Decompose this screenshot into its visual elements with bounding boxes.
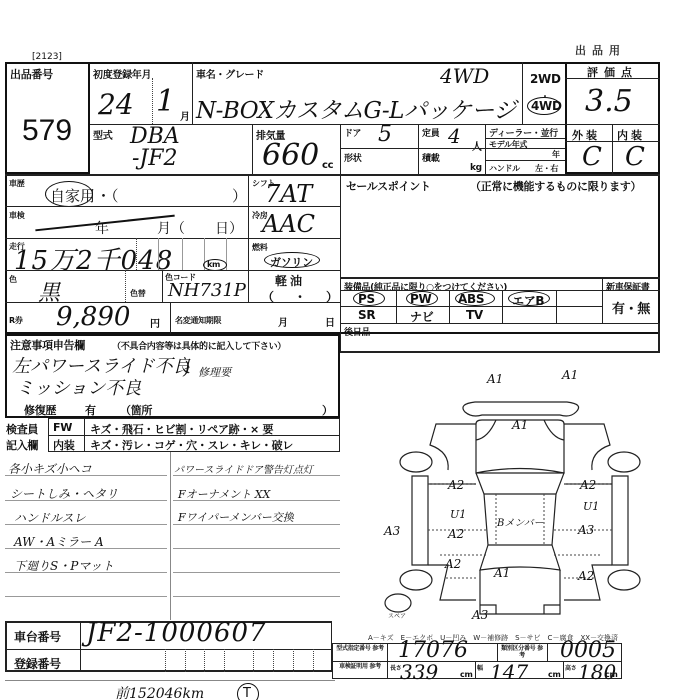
history-value: 自家用 (50, 185, 95, 206)
length-unit: cm (460, 670, 472, 679)
notes-label: 注意事項申告欄 (10, 337, 85, 353)
history-paren-open: ・（ (96, 185, 119, 206)
mileage-unit: km (207, 260, 220, 269)
length-value: 339 (400, 660, 438, 684)
damage-mark: A2 (448, 478, 464, 492)
inspection-label: 車検 (9, 210, 24, 221)
first-registration-month-unit: 月 (180, 108, 190, 123)
model-value-line2: -JF2 (132, 146, 178, 171)
type-designation-label: 型式指定番号 参考 (334, 645, 386, 652)
fuel-option-gasoline: ガソリン (270, 254, 313, 270)
first-registration-label: 初度登録年月 (93, 66, 151, 81)
damage-mark: Bメンバー (497, 514, 544, 529)
notice-month-unit: 月 (278, 314, 288, 329)
mileage-value: 15万2千048 (14, 240, 173, 277)
car-damage-diagram (340, 355, 700, 615)
repair-history-value: 有 (85, 402, 96, 418)
inspector-note-right-3: Fワイパーメンバー交換 (178, 509, 294, 525)
width-unit: cm (548, 670, 560, 679)
width-value: 147 (490, 660, 528, 684)
damage-mark: A1 (487, 372, 503, 386)
inspector-fw-label: FW (53, 421, 72, 434)
color-label: 色 (9, 274, 17, 285)
damage-mark: A2 (448, 527, 464, 541)
sheet-ref-code: [2123] (32, 52, 62, 62)
inspector-note-left-3: ハンドルスレ (14, 509, 86, 526)
recycle-label: R券 (9, 315, 23, 326)
displacement-unit: cc (322, 160, 333, 171)
score-value: 3.5 (585, 84, 633, 119)
footer-previous-mileage: 前152046km (115, 683, 204, 700)
aircon-value: AAC (262, 210, 315, 238)
chassis-value: JF2-1000607 (86, 618, 267, 648)
drive-option-4wd: 4WD (531, 99, 562, 113)
registration-label: 登録番号 (14, 655, 61, 672)
inspector-interior-label: 内装 (53, 437, 74, 453)
vehicle-name-value: N-BOXカスタムG-Lパッケージ (196, 92, 516, 125)
repair-location-close: ） (322, 402, 333, 418)
damage-mark: A3 (578, 523, 594, 537)
equipment-airbag: エアB (512, 292, 544, 309)
inspector-note-right-1: パワースライドドア警告灯点灯 (174, 461, 313, 476)
drive-option-2wd: 2WD (530, 72, 561, 86)
model-year-unit: 年 (552, 149, 560, 160)
name-change-notice-label: 名変通知期限 (175, 315, 221, 326)
damage-mark: A2 (578, 569, 594, 583)
fuel-option-diesel: 軽油 (275, 272, 305, 289)
equipment-tv: TV (466, 308, 483, 322)
notes-bracket-note: 修理要 (198, 364, 231, 380)
damage-mark: A3 (472, 608, 488, 622)
inspector-note-left-5: 下廻りS・Pマット (14, 557, 114, 574)
inspector-label2: 記入欄 (6, 437, 38, 453)
displacement-value: 660 (262, 138, 319, 173)
damage-mark: A2 (445, 557, 461, 571)
notice-day-unit: 日 (325, 314, 335, 329)
spare-label: スペア (388, 611, 406, 620)
inspector-note-right-2: Fオーナメント XX (178, 486, 270, 502)
vehicle-name-label: 車名・グレード (196, 66, 264, 81)
inspection-month-unit: 月（ (157, 218, 185, 238)
inspector-interior-items: キズ・汚レ・コゲ・穴・スレ・キレ・破レ (90, 437, 293, 453)
equipment-abs: ABS (458, 292, 484, 306)
fuel-other: （ ・ ） (262, 288, 342, 305)
repair-history-label: 修復歴 (24, 402, 56, 418)
notes-label-note: （不具合内容等は具体的に記入して下さい） (112, 339, 286, 352)
recycle-unit: 円 (150, 315, 160, 330)
doors-value: 5 (378, 122, 392, 147)
notes-line2: ミッション不良 (16, 374, 141, 400)
repaint-label: 色替 (130, 288, 145, 299)
first-registration-month: 1 (156, 84, 175, 119)
dimensions-label: 車検証明用 参考 (334, 663, 386, 670)
model-label: 型式 (93, 127, 112, 142)
color-code-value: NH731P (168, 280, 246, 301)
sales-point-label: セールスポイント (346, 178, 431, 194)
chassis-label: 車台番号 (14, 628, 61, 645)
damage-mark: A1 (494, 566, 510, 580)
damage-mark: U1 (450, 508, 466, 521)
inspector-note-left-4: AW・Aミラー A (14, 533, 104, 550)
history-label: 車歴 (9, 178, 24, 189)
equipment-ps: PS (358, 292, 375, 306)
repair-location: （箇所 (120, 402, 152, 418)
warranty-label: 新車保証書 (606, 280, 650, 293)
inspector-note-left-2: シートしみ・ヘタリ (10, 485, 118, 502)
footer-circle-mark: T (243, 686, 251, 700)
lot-number-value: 579 (22, 114, 72, 148)
first-registration-year: 24 (98, 88, 134, 121)
height-unit: cm (605, 670, 617, 679)
doors-label: ドア (344, 126, 361, 139)
inspector-fw-items: キズ・飛石・ヒビ割・リペア跡・× 要 (90, 421, 273, 437)
damage-mark: A1 (562, 368, 578, 382)
handle-label: ハンドル (489, 163, 520, 174)
shift-value: 7AT (265, 180, 312, 208)
model-year-label: モデル年式 (489, 140, 539, 149)
capacity-value: 4 (448, 124, 461, 148)
damage-mark: A3 (384, 524, 400, 538)
interior-value: C (625, 142, 645, 172)
height-label: 高さ (565, 663, 576, 672)
lot-number-label: 出品番号 (10, 66, 53, 82)
fuel-label: 燃料 (252, 242, 267, 253)
damage-mark: A2 (580, 478, 596, 492)
inspection-day-unit: 日） (215, 218, 243, 238)
sheet-corner-note: 出品用 (575, 42, 626, 58)
width-label: 幅 (477, 663, 483, 672)
equipment-sr: SR (358, 308, 375, 322)
history-paren-close: ） (232, 185, 247, 206)
drive-note: 4WD (440, 64, 489, 88)
load-unit: kg (470, 163, 482, 173)
recycle-value: 9,890 (56, 302, 130, 332)
equipment-pw: PW (410, 292, 431, 306)
exterior-value: C (582, 142, 602, 172)
load-label: 積載 (422, 151, 439, 164)
sales-point-note: （正常に機能するものに限ります） (470, 178, 641, 194)
inspector-label1: 検査員 (6, 421, 38, 437)
warranty-options: 有・無 (612, 298, 650, 317)
damage-mark: A1 (512, 418, 528, 432)
damage-mark: U1 (583, 500, 599, 513)
inspector-note-left-1: 各小キズ小ヘコ (8, 460, 92, 477)
capacity-label: 定員 (422, 126, 439, 139)
capacity-unit: 人 (472, 138, 482, 153)
handle-options: 左・右 (535, 163, 558, 174)
shape-label: 形状 (344, 151, 361, 164)
class-number-label: 類別区分番号 参考 (499, 645, 545, 659)
